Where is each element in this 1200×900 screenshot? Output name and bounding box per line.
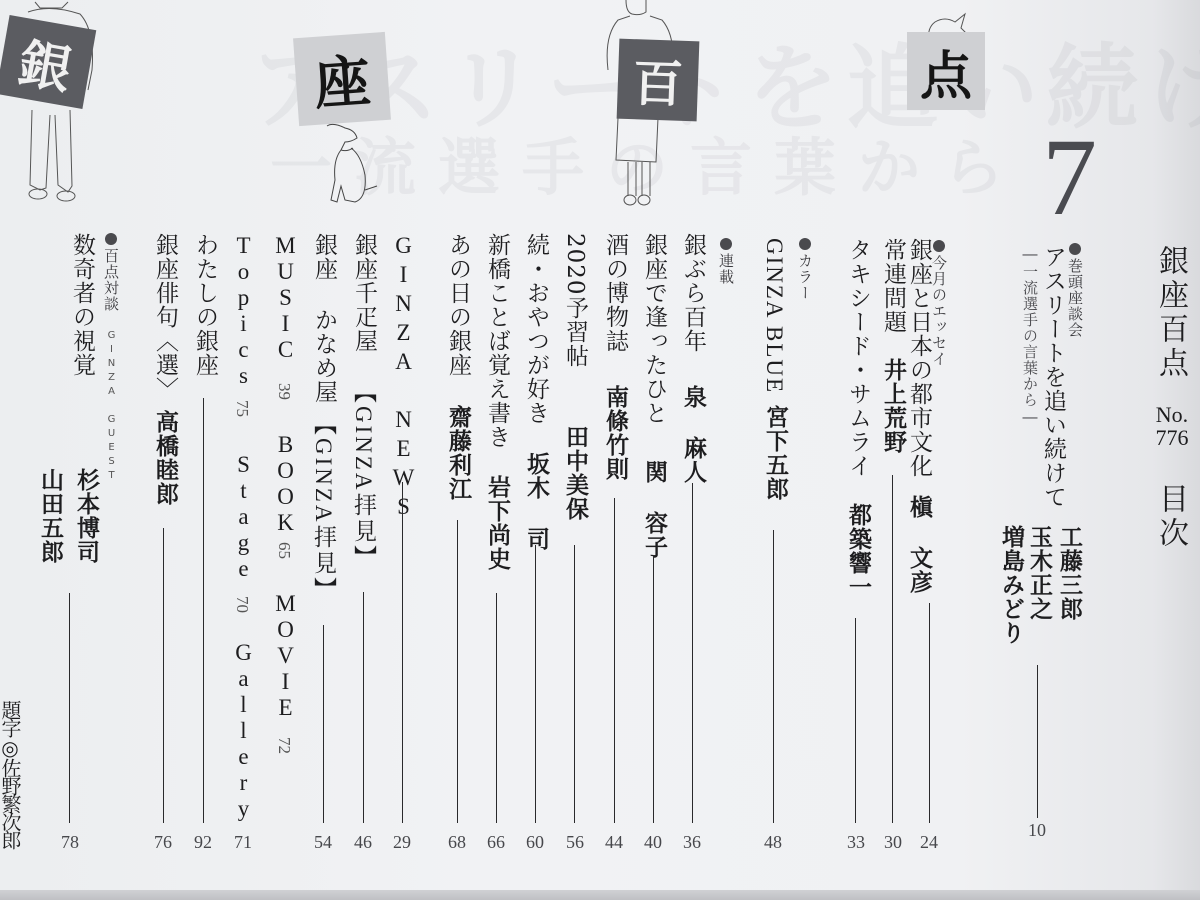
section-label-roundtable: 巻頭座談会	[1067, 243, 1082, 338]
music-page: 39	[276, 383, 293, 400]
leader-line	[855, 618, 856, 823]
book-title[interactable]: BOOK	[274, 432, 297, 536]
serial-author-2: 関 容子	[642, 460, 665, 559]
ginza-haiku-title[interactable]: 銀座俳句〈選〉	[153, 233, 176, 401]
essay-title-3[interactable]: タキシード・サムライ	[846, 238, 869, 478]
leader-line	[163, 528, 164, 823]
bullet-icon	[1069, 243, 1081, 255]
sign-hyaku: 百	[617, 39, 700, 122]
serial-author-6: 岩下尚史	[485, 475, 508, 571]
topics-page: 75	[234, 400, 251, 417]
dialogue-author-2: 山田五郎	[38, 468, 61, 564]
page-number: 36	[683, 832, 701, 853]
page-number: 78	[61, 832, 79, 853]
bullet-icon	[933, 240, 945, 252]
serial-author-7: 齋藤利江	[446, 405, 469, 501]
roundtable-subtitle: ―一流選手の言葉から―	[1022, 245, 1037, 427]
issue-value: 776	[1140, 426, 1200, 449]
serial-title-3[interactable]: 酒の博物誌	[603, 233, 626, 353]
essay-author-1: 槇 文彦	[907, 495, 930, 594]
serial-title-4[interactable]: 2020予習帖	[563, 233, 586, 368]
ginza-haiken-tag-1: 【GINZA拝見】	[352, 380, 375, 571]
issue-prefix: No.	[1140, 403, 1200, 426]
month-number: 7	[1042, 122, 1097, 232]
page-number: 30	[884, 832, 902, 853]
leader-line	[892, 475, 893, 823]
serial-author-1: 泉 麻人	[681, 385, 704, 484]
dialogue-author-1: 杉本博司	[74, 468, 97, 564]
leader-line	[574, 545, 575, 823]
bullet-icon	[105, 233, 117, 245]
leader-line	[1037, 665, 1038, 818]
serial-author-5: 坂木 司	[524, 452, 547, 551]
page-number: 29	[393, 832, 411, 853]
serial-author-3: 南條竹則	[603, 385, 626, 481]
page-number: 33	[847, 832, 865, 853]
ginza-haiken-title-1[interactable]: 銀座千疋屋	[352, 233, 375, 353]
serial-title-1[interactable]: 銀ぶら百年	[681, 233, 704, 353]
color-title-1[interactable]: GINZA BLUE	[763, 238, 786, 394]
movie-title[interactable]: MOVIE	[274, 591, 297, 721]
roundtable-title[interactable]: アスリートを追い続けて	[1041, 245, 1064, 509]
leader-line	[496, 593, 497, 823]
book-page: 65	[276, 542, 293, 559]
gallery-title[interactable]: Gallery	[232, 640, 255, 822]
movie-page: 72	[276, 737, 293, 754]
roundtable-author-1: 工藤三郎	[1057, 525, 1080, 621]
magazine-page: アスリートを追い続けて 一流選手の言葉から 銀 座 百 点 7 銀座百点 No.	[0, 0, 1200, 890]
essay-author-2: 井上荒野	[881, 358, 904, 454]
leader-line	[363, 592, 364, 823]
stage-page: 70	[234, 596, 251, 613]
page-number: 56	[566, 832, 584, 853]
ginza-haiken-tag-2: 【GINZA拝見】	[312, 412, 335, 603]
roundtable-author-3: 増島みどり	[999, 525, 1022, 645]
page-number: 54	[314, 832, 332, 853]
page-number: 92	[194, 832, 212, 853]
page-number: 44	[605, 832, 623, 853]
sign-za: 座	[293, 32, 391, 126]
page-number: 76	[154, 832, 172, 853]
leader-line	[614, 498, 615, 823]
leader-line	[203, 398, 204, 823]
toc-label: 目次	[1155, 483, 1185, 551]
page-number: 68	[448, 832, 466, 853]
serial-title-5[interactable]: 続・おやつが好き	[524, 233, 547, 425]
leader-line	[457, 520, 458, 823]
ginza-haiken-title-2[interactable]: 銀座 かなめ屋	[312, 233, 335, 404]
leader-line	[535, 545, 536, 823]
title-calligraphy-credit: 題字◎佐野繁次郎	[0, 700, 20, 848]
page-edge	[0, 890, 1200, 900]
serial-title-2[interactable]: 銀座で逢ったひと	[642, 233, 665, 425]
leader-line	[773, 530, 774, 823]
serial-title-7[interactable]: あの日の銀座	[446, 233, 469, 377]
serial-title-6[interactable]: 新橋ことば覚え書き	[485, 233, 508, 449]
dialogue-title[interactable]: 数奇者の視覚	[70, 233, 93, 377]
color-author-1: 宮下五郎	[763, 405, 786, 501]
page-number: 10	[1028, 820, 1046, 841]
essay-title-1[interactable]: 銀座と日本の都市文化	[907, 238, 930, 478]
section-label-essay: 今月のエッセイ	[931, 240, 946, 367]
watashi-no-ginza-title[interactable]: わたしの銀座	[193, 233, 216, 377]
music-title[interactable]: MUSIC	[274, 233, 297, 363]
topics-title[interactable]: Topics	[232, 233, 255, 389]
roundtable-author-2: 玉木正之	[1027, 525, 1050, 621]
magazine-title: 銀座百点	[1155, 245, 1185, 381]
serial-author-4: 田中美保	[563, 425, 586, 521]
bullet-icon	[720, 238, 732, 250]
leader-line	[402, 482, 403, 823]
issue-number: No. 776	[1140, 403, 1200, 449]
leader-line	[323, 625, 324, 823]
leader-line	[929, 603, 930, 823]
page-number: 46	[354, 832, 372, 853]
page-number: 60	[526, 832, 544, 853]
page-number: 48	[764, 832, 782, 853]
page-number: 24	[920, 832, 938, 853]
ginza-guest-label: GINZA GUEST	[106, 330, 116, 484]
sign-gin: 銀	[0, 15, 96, 109]
page-number: 66	[487, 832, 505, 853]
leader-line	[69, 593, 70, 823]
bullet-icon	[799, 238, 811, 250]
dog-illustration-icon	[315, 120, 390, 205]
section-label-serial: 連載	[718, 238, 733, 285]
leader-line	[692, 483, 693, 823]
ginza-haiku-author: 高橋睦郎	[153, 410, 176, 506]
page-number: 40	[644, 832, 662, 853]
ginza-news-title[interactable]: GINZA NEWS	[392, 233, 415, 523]
section-label-color: カラー	[797, 238, 812, 301]
essay-title-2[interactable]: 常連問題	[881, 238, 904, 334]
page-number: 71	[234, 832, 252, 853]
sign-ten: 点	[907, 32, 985, 110]
stage-title[interactable]: Stage	[232, 452, 255, 582]
leader-line	[653, 555, 654, 823]
section-label-dialogue: 百点対談	[103, 233, 118, 312]
essay-author-3: 都築響一	[846, 503, 869, 599]
